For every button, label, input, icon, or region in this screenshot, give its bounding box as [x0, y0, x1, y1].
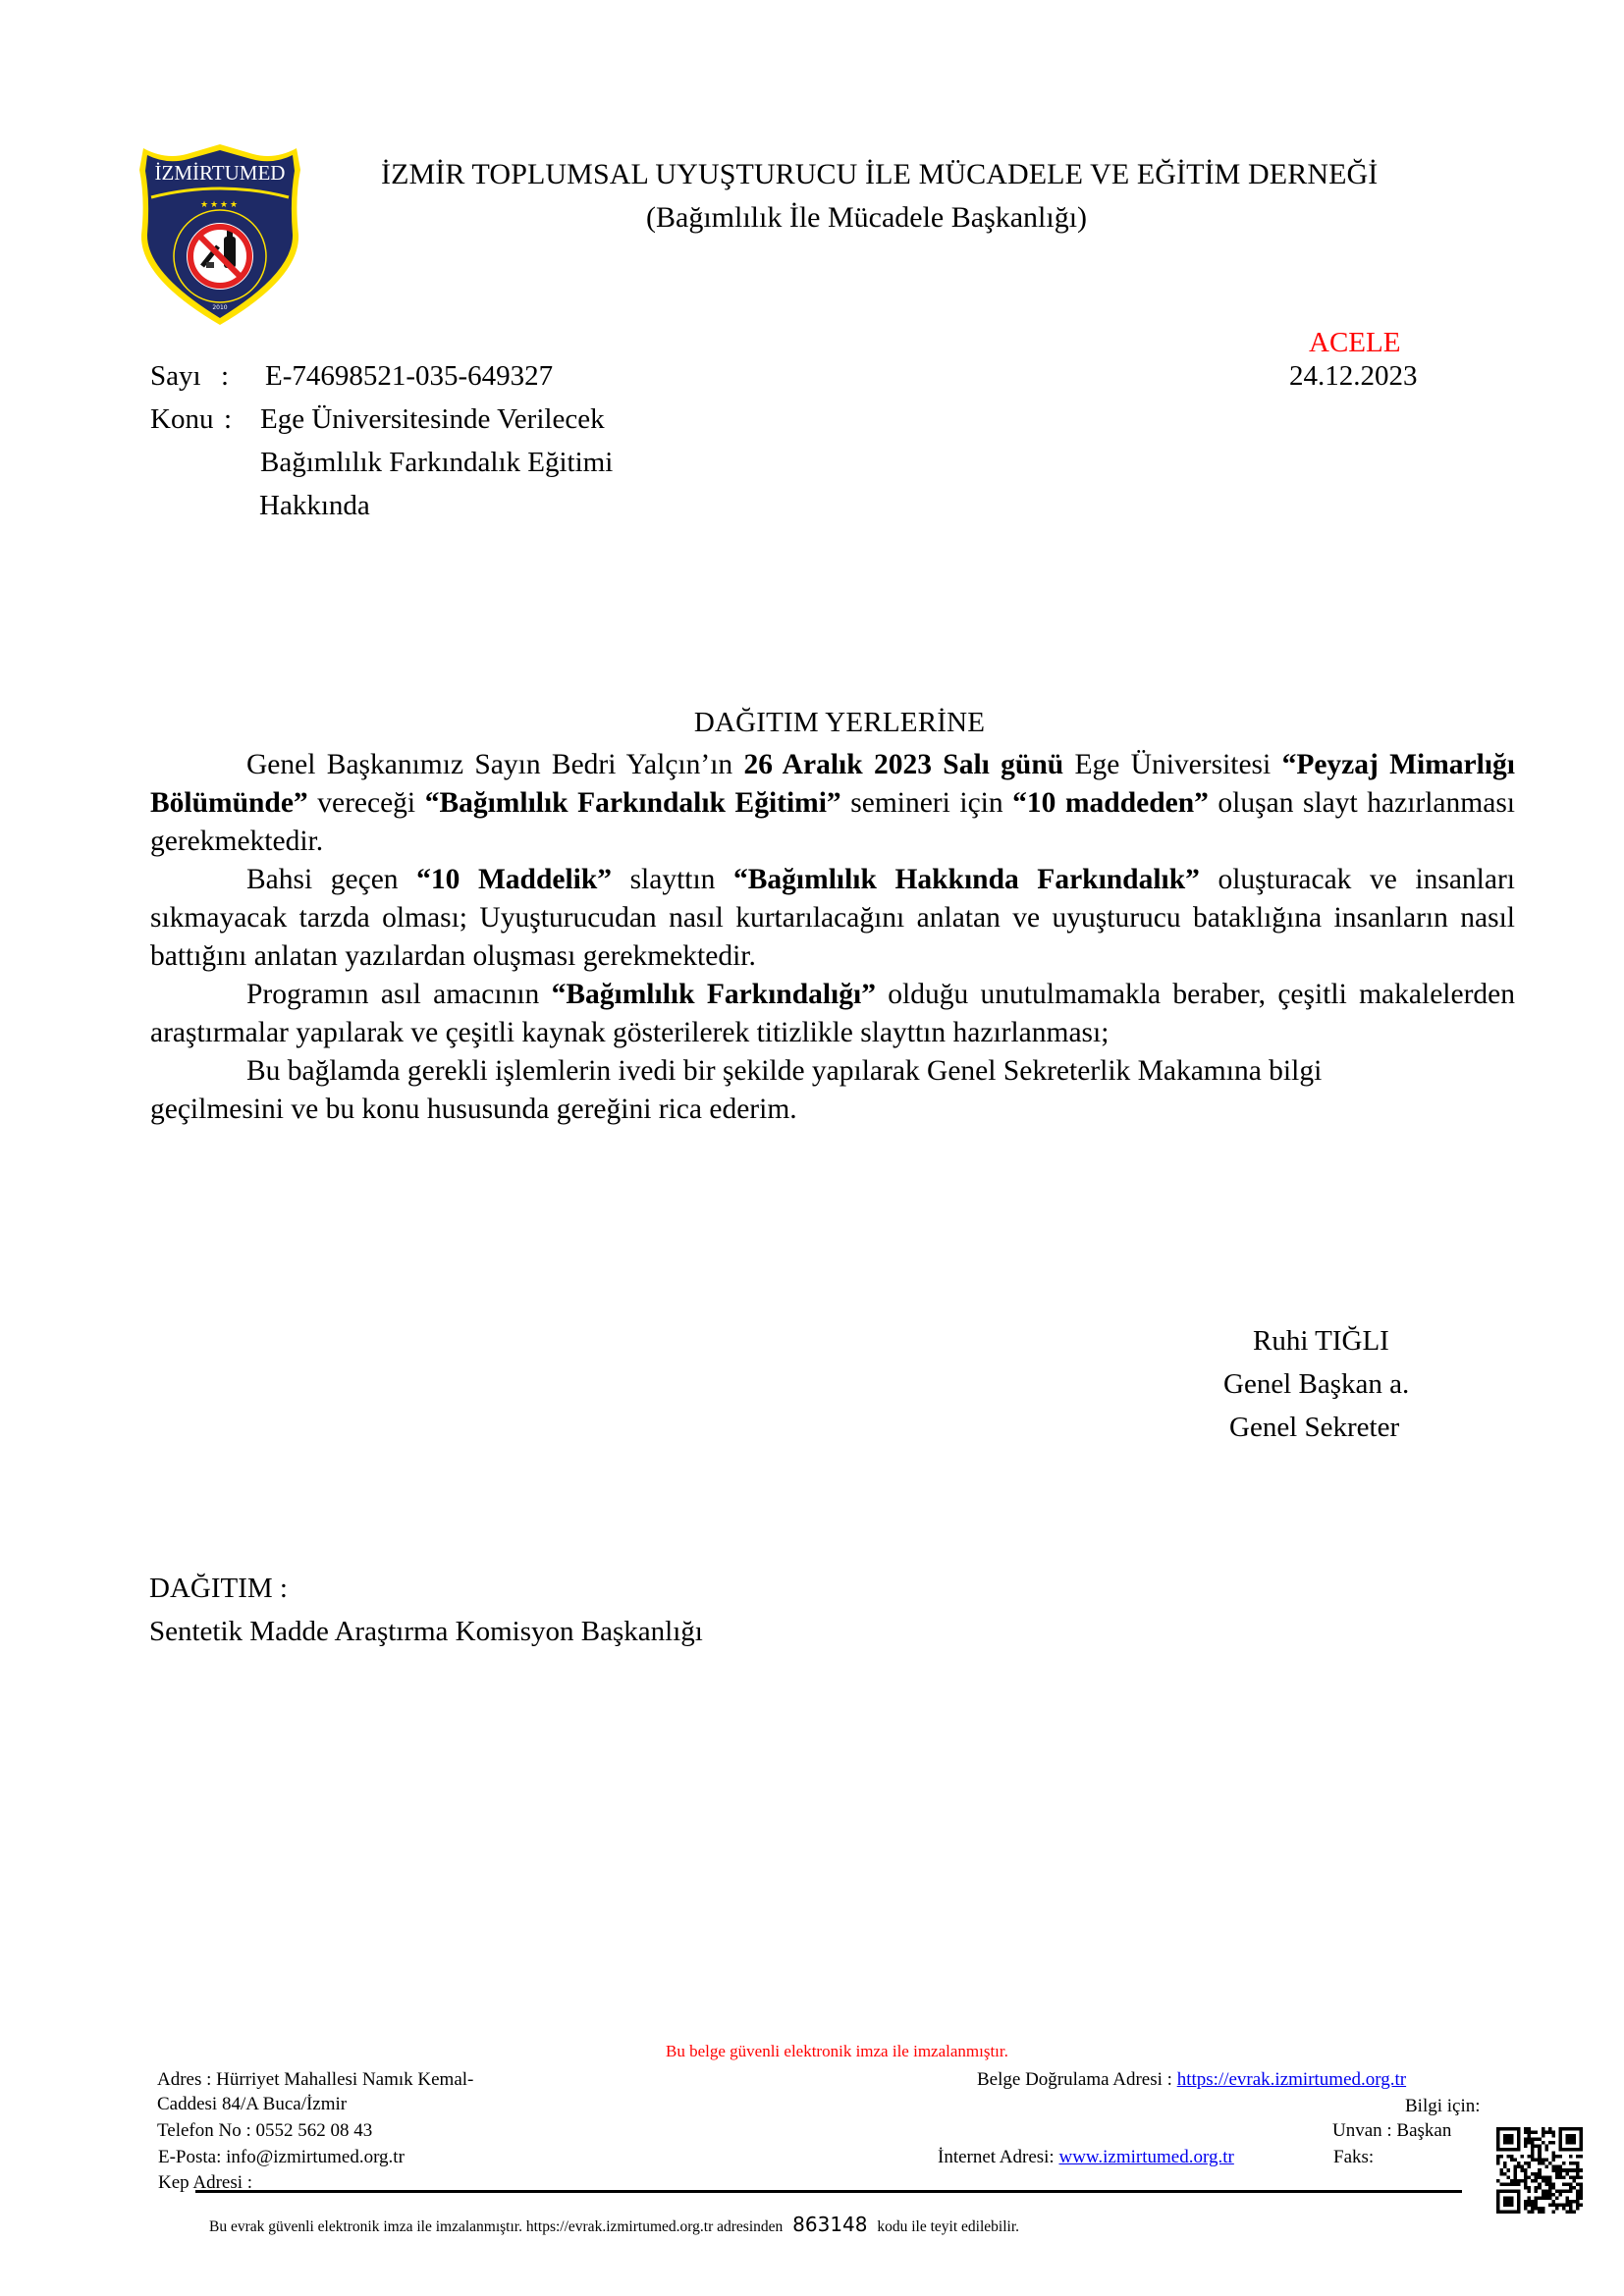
svg-text:★: ★: [220, 200, 228, 210]
shield-logo-icon: İZMİRTUMED ★★★★ 2010: [137, 140, 302, 329]
number-label: Sayı: [150, 360, 201, 393]
distribution-item: Sentetik Madde Araştırma Komisyon Başkan…: [149, 1616, 703, 1648]
subject-colon: :: [224, 403, 232, 436]
footer-title: Unvan : Başkan: [1332, 2120, 1451, 2142]
body-paragraph-4: Bu bağlamda gerekli işlemlerin ivedi bir…: [150, 1052, 1515, 1091]
internet-label: İnternet Adresi:: [938, 2147, 1058, 2167]
document-date: 24.12.2023: [1289, 360, 1418, 393]
number-colon: :: [221, 360, 229, 393]
footer-address-line-2: Caddesi 84/A Buca/İzmir: [157, 2094, 347, 2115]
department-name: (Bağımlılık İle Mücadele Başkanlığı): [646, 201, 1087, 235]
body-paragraph-4-cont: geçilmesini ve bu konu hususunda gereğin…: [150, 1091, 1515, 1129]
body-paragraph-4-line-1: Bu bağlamda gerekli işlemlerin ivedi bir…: [246, 1055, 1322, 1087]
document-number: E-74698521-035-649327: [265, 360, 553, 393]
verification-code: 863148: [792, 2213, 867, 2236]
verification-note-suffix: kodu ile teyit edilebilir.: [877, 2218, 1019, 2235]
footer-internet: İnternet Adresi: www.izmirtumed.org.tr: [938, 2147, 1234, 2168]
svg-text:★: ★: [230, 200, 238, 210]
footer-fax: Faks:: [1333, 2147, 1374, 2168]
distribution-label: DAĞITIM :: [149, 1573, 288, 1605]
verification-note: Bu evrak güvenli elektronik imza ile imz…: [209, 2213, 1019, 2236]
svg-text:2010: 2010: [212, 304, 227, 311]
footer-verification: Belge Doğrulama Adresi : https://evrak.i…: [977, 2069, 1406, 2091]
subject-line: Hakkında: [259, 490, 370, 522]
signatory-name: Ruhi TIĞLI: [1253, 1325, 1389, 1358]
verification-link[interactable]: https://evrak.izmirtumed.org.tr: [1177, 2069, 1406, 2090]
body-paragraph-3: Programın asıl amacının “Bağımlılık Fark…: [150, 976, 1515, 1052]
verification-note-text: Bu evrak güvenli elektronik imza ile imz…: [209, 2218, 783, 2235]
logo-title: İZMİRTUMED: [155, 161, 286, 185]
footer-email: E-Posta: info@izmirtumed.org.tr: [158, 2147, 405, 2168]
svg-text:★: ★: [200, 200, 208, 210]
signatory-role: Genel Sekreter: [1229, 1412, 1399, 1444]
body-paragraph-4-line-2: geçilmesini ve bu konu hususunda gereğin…: [150, 1094, 797, 1125]
organization-name: İZMİR TOPLUMSAL UYUŞTURUCU İLE MÜCADELE …: [381, 158, 1378, 191]
organization-logo: İZMİRTUMED ★★★★ 2010: [137, 140, 302, 329]
urgency-badge: ACELE: [1309, 327, 1400, 359]
footer-address-line-1: Adres : Hürriyet Mahallesi Namık Kemal-: [157, 2069, 473, 2091]
esignature-notice: Bu belge güvenli elektronik imza ile imz…: [666, 2042, 1008, 2061]
subject-line: Bağımlılık Farkındalık Eğitimi: [260, 447, 613, 479]
footer-phone: Telefon No : 0552 562 08 43: [157, 2120, 372, 2142]
signatory-title: Genel Başkan a.: [1223, 1368, 1409, 1401]
svg-text:★: ★: [210, 200, 218, 210]
subject-line: Ege Üniversitesinde Verilecek: [260, 403, 605, 436]
verification-label: Belge Doğrulama Adresi :: [977, 2069, 1177, 2090]
qr-code-icon[interactable]: [1496, 2127, 1583, 2214]
addressee-heading: DAĞITIM YERLERİNE: [0, 707, 1624, 739]
footer-info-label: Bilgi için:: [1405, 2096, 1481, 2117]
internet-link[interactable]: www.izmirtumed.org.tr: [1058, 2147, 1233, 2167]
footer-divider: [195, 2190, 1462, 2193]
body-paragraph-2: Bahsi geçen “10 Maddelik” slayttın “Bağı…: [150, 861, 1515, 976]
letter-body: Genel Başkanımız Sayın Bedri Yalçın’ın 2…: [150, 746, 1515, 1129]
body-paragraph-1: Genel Başkanımız Sayın Bedri Yalçın’ın 2…: [150, 746, 1515, 861]
subject-label: Konu: [150, 403, 213, 436]
